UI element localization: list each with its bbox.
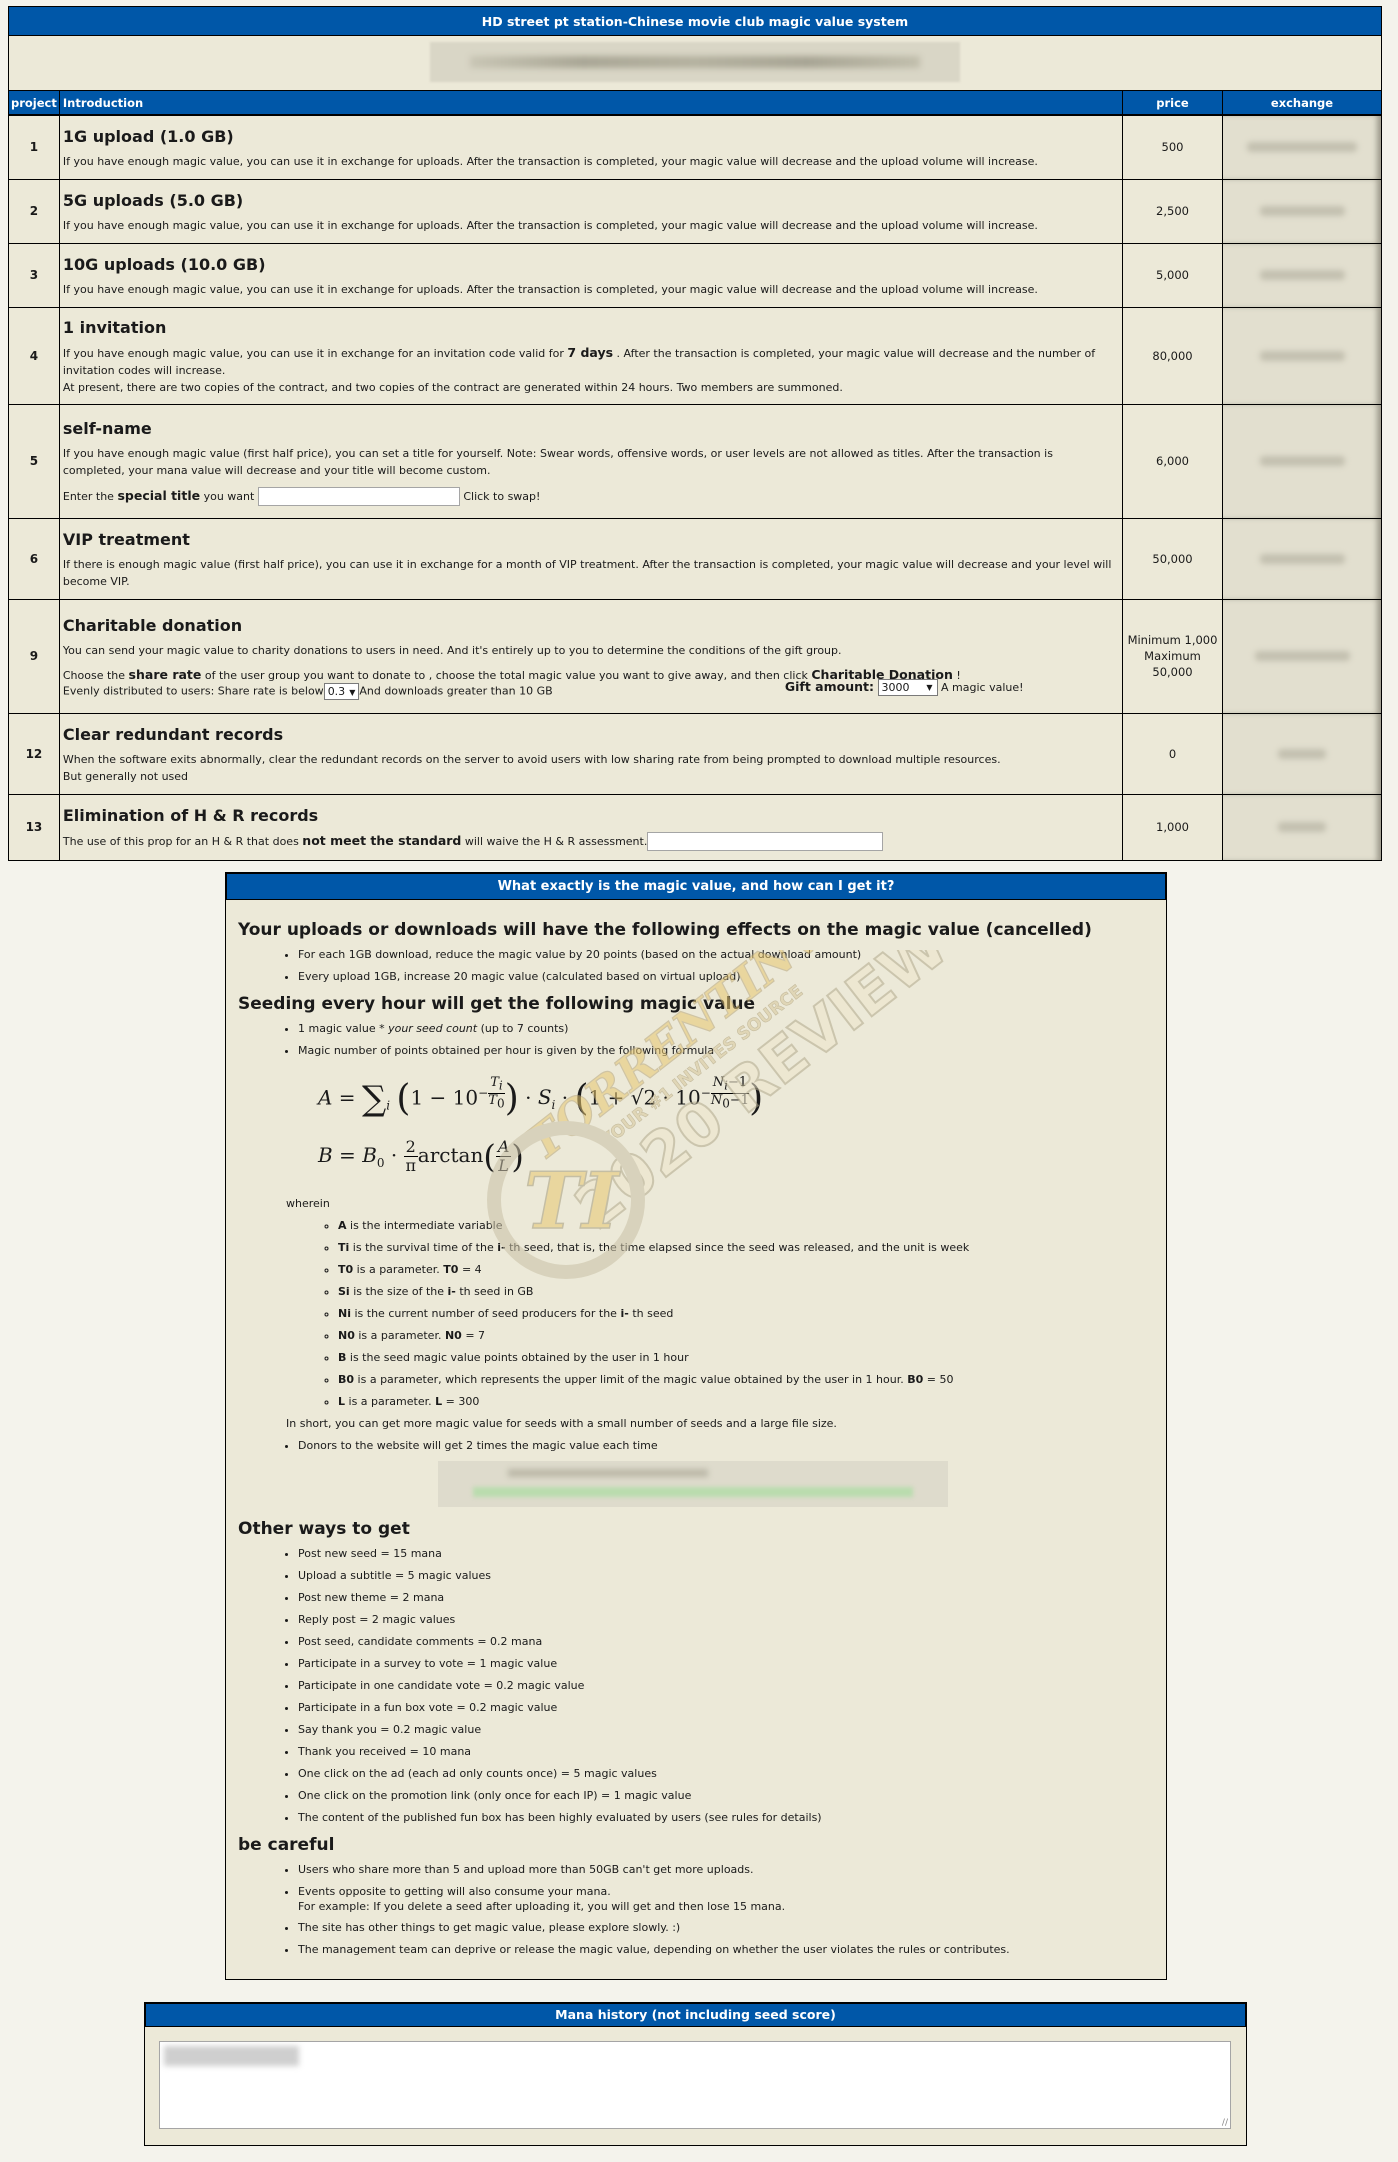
share-rate-select[interactable]: 0.3▼ [324, 683, 360, 700]
magic-value-info-panel: What exactly is the magic value, and how… [225, 872, 1167, 1980]
exchange-button[interactable] [1223, 243, 1382, 307]
definition-item: B is the seed magic value points obtaine… [338, 1347, 1154, 1369]
list-item: Post seed, candidate comments = 0.2 mana [298, 1631, 1154, 1653]
definition-item: B0 is a parameter, which represents the … [338, 1369, 1154, 1391]
project-id: 1 [9, 115, 60, 179]
item-title: Clear redundant records [63, 726, 1118, 743]
item-title: 5G uploads (5.0 GB) [63, 192, 1118, 209]
definition-item: N0 is a parameter. N0 = 7 [338, 1325, 1154, 1347]
list-item: Participate in a survey to vote = 1 magi… [298, 1653, 1154, 1675]
definition-item: A is the intermediate variable [338, 1215, 1154, 1237]
item-price: 6,000 [1123, 404, 1223, 518]
special-title-row: Enter the special title you want Click t… [63, 487, 1118, 507]
section-heading-effects: Your uploads or downloads will have the … [238, 920, 1154, 940]
section-heading-seeding: Seeding every hour will get the followin… [238, 994, 1154, 1014]
item-title: 1 invitation [63, 319, 1118, 336]
table-row: 9 Charitable donation You can send your … [9, 599, 1382, 713]
project-id: 5 [9, 404, 60, 518]
table-row: 5 self-name If you have enough magic val… [9, 404, 1382, 518]
list-item: Post new theme = 2 mana [298, 1587, 1154, 1609]
item-title: Charitable donation [63, 617, 1118, 634]
item-title: 10G uploads (10.0 GB) [63, 256, 1118, 273]
item-price: 5,000 [1123, 243, 1223, 307]
list-item: Thank you received = 10 mana [298, 1741, 1154, 1763]
definition-item: Ni is the current number of seed produce… [338, 1303, 1154, 1325]
item-desc: If you have enough magic value, you can … [63, 219, 1038, 232]
exchange-button[interactable] [1223, 713, 1382, 794]
table-row: 2 5G uploads (5.0 GB)If you have enough … [9, 179, 1382, 243]
formula-a: A = ∑i (1 − 10−TiT0) · Si · (1 + √2 · 10… [318, 1076, 1154, 1116]
list-item: Magic number of points obtained per hour… [298, 1040, 1154, 1175]
table-row: 6 VIP treatmentIf there is enough magic … [9, 518, 1382, 599]
wherein-label: wherein [286, 1193, 1154, 1215]
user-magic-summary [9, 36, 1382, 91]
item-price: 0 [1123, 713, 1223, 794]
list-item: The management team can deprive or relea… [298, 1939, 1154, 1961]
magic-value-table: HD street pt station-Chinese movie club … [8, 6, 1382, 861]
definition-item: L is a parameter. L = 300 [338, 1391, 1154, 1413]
list-item: Participate in one candidate vote = 0.2 … [298, 1675, 1154, 1697]
section-heading-other-ways: Other ways to get [238, 1519, 1154, 1539]
mana-history-title: Mana history (not including seed score) [145, 2003, 1246, 2027]
info-title: What exactly is the magic value, and how… [226, 873, 1166, 900]
item-price: 500 [1123, 115, 1223, 179]
definition-item: Ti is the survival time of the i- th see… [338, 1237, 1154, 1259]
donate-button[interactable] [1223, 599, 1382, 713]
chevron-down-icon: ▼ [349, 688, 355, 697]
col-project: project [9, 91, 60, 116]
table-row: 1 1G upload (1.0 GB)If you have enough m… [9, 115, 1382, 179]
definition-item: Si is the size of the i- th seed in GB [338, 1281, 1154, 1303]
table-title: HD street pt station-Chinese movie club … [9, 7, 1382, 36]
table-row: 4 1 invitation If you have enough magic … [9, 307, 1382, 404]
resize-handle-icon[interactable]: // [1222, 2118, 1228, 2128]
item-title: self-name [63, 420, 1118, 437]
item-title: 1G upload (1.0 GB) [63, 128, 1118, 145]
item-price: 50,000 [1123, 518, 1223, 599]
list-item: One click on the ad (each ad only counts… [298, 1763, 1154, 1785]
list-item: Every upload 1GB, increase 20 magic valu… [298, 966, 1154, 988]
item-desc: If you have enough magic value, you can … [63, 283, 1038, 296]
list-item: For each 1GB download, reduce the magic … [298, 944, 1154, 966]
item-price: 80,000 [1123, 307, 1223, 404]
donor-progress-banner [438, 1461, 948, 1507]
mana-history-textarea[interactable]: // [159, 2041, 1231, 2129]
exchange-button[interactable] [1223, 794, 1382, 860]
table-row: 3 10G uploads (10.0 GB)If you have enoug… [9, 243, 1382, 307]
item-price: Minimum 1,000Maximum 50,000 [1123, 599, 1223, 713]
list-item: The site has other things to get magic v… [298, 1917, 1154, 1939]
exchange-button[interactable] [1223, 179, 1382, 243]
list-item: Participate in a fun box vote = 0.2 magi… [298, 1697, 1154, 1719]
list-item: The content of the published fun box has… [298, 1807, 1154, 1829]
blurred-summary [430, 42, 960, 82]
item-price: 1,000 [1123, 794, 1223, 860]
exchange-button[interactable] [1223, 518, 1382, 599]
project-id: 9 [9, 599, 60, 713]
section-heading-be-careful: be careful [238, 1835, 1154, 1855]
hr-torrent-input[interactable] [647, 832, 883, 851]
mana-history-panel: Mana history (not including seed score) … [144, 2002, 1247, 2146]
definition-item: T0 is a parameter. T0 = 4 [338, 1259, 1154, 1281]
item-price: 2,500 [1123, 179, 1223, 243]
gift-amount-select[interactable]: 3000▼ [878, 679, 938, 696]
list-item: Reply post = 2 magic values [298, 1609, 1154, 1631]
click-to-swap-label: Click to swap! [463, 490, 540, 503]
exchange-button[interactable] [1223, 404, 1382, 518]
list-item: Say thank you = 0.2 magic value [298, 1719, 1154, 1741]
list-item: Upload a subtitle = 5 magic values [298, 1565, 1154, 1587]
project-id: 2 [9, 179, 60, 243]
item-desc: If there is enough magic value (first ha… [63, 558, 1112, 588]
list-item: Events opposite to getting will also con… [298, 1881, 1154, 1917]
chevron-down-icon: ▼ [926, 680, 932, 695]
exchange-button[interactable] [1223, 115, 1382, 179]
col-price: price [1123, 91, 1223, 116]
item-title: Elimination of H & R records [63, 807, 1118, 824]
col-introduction: Introduction [59, 91, 1122, 116]
formula-b: B = B0 · 2πarctan(AL) [318, 1138, 1154, 1175]
list-item: One click on the promotion link (only on… [298, 1785, 1154, 1807]
item-title: VIP treatment [63, 531, 1118, 548]
item-desc: You can send your magic value to charity… [63, 644, 842, 657]
list-item: Post new seed = 15 mana [298, 1543, 1154, 1565]
project-id: 4 [9, 307, 60, 404]
item-desc: If you have enough magic value (first ha… [63, 447, 1053, 477]
table-row: 12 Clear redundant records When the soft… [9, 713, 1382, 794]
gift-amount-label: Gift amount: [785, 679, 874, 694]
col-exchange: exchange [1223, 91, 1382, 116]
exchange-button[interactable] [1223, 307, 1382, 404]
list-item: Users who share more than 5 and upload m… [298, 1859, 1154, 1881]
progress-bar [473, 1487, 913, 1497]
list-item: Donors to the website will get 2 times t… [298, 1435, 1154, 1457]
list-item: 1 magic value * your seed count (up to 7… [298, 1018, 1154, 1040]
item-desc: If you have enough magic value, you can … [63, 347, 1095, 394]
project-id: 6 [9, 518, 60, 599]
item-desc: When the software exits abnormally, clea… [63, 753, 1001, 783]
summary-text: In short, you can get more magic value f… [286, 1413, 1154, 1435]
project-id: 13 [9, 794, 60, 860]
item-desc: The use of this prop for an H & R that d… [63, 835, 883, 848]
table-row: 13 Elimination of H & R records The use … [9, 794, 1382, 860]
project-id: 3 [9, 243, 60, 307]
item-desc: If you have enough magic value, you can … [63, 155, 1038, 168]
project-id: 12 [9, 713, 60, 794]
donation-line-2: Evenly distributed to users: Share rate … [63, 683, 1118, 700]
special-title-input[interactable] [258, 487, 460, 506]
